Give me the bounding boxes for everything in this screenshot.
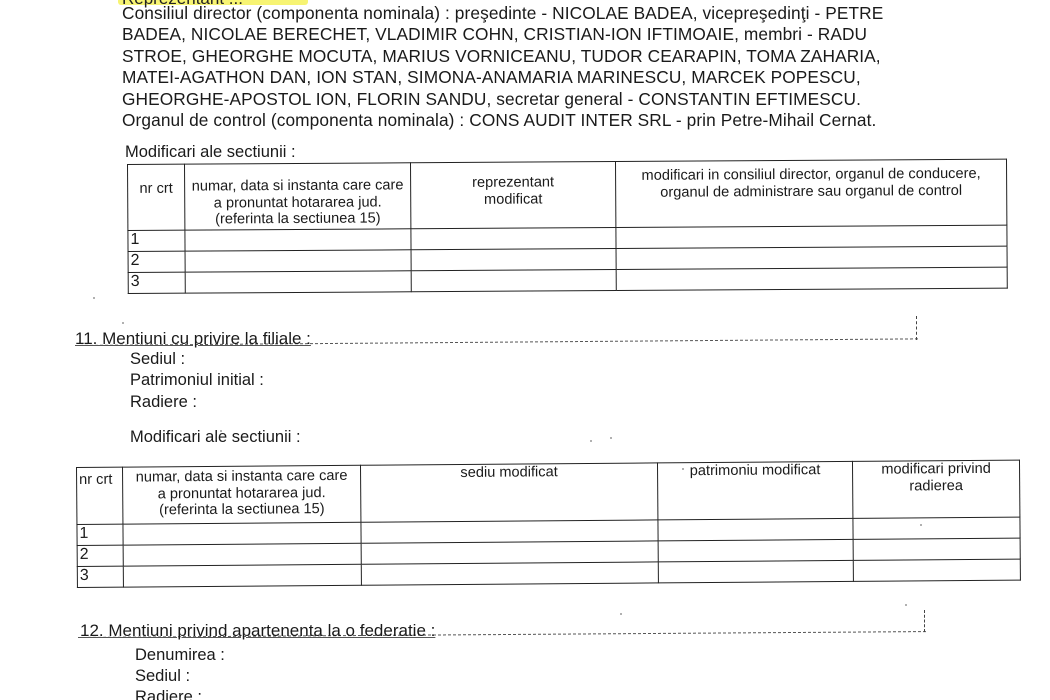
scan-speck [905,604,907,606]
section-12-heading: 12. Mentiuni privind apartenenta la o fe… [80,621,435,641]
column-header-modified-seat: sediu modificat [360,463,657,522]
table-cell[interactable] [853,559,1020,581]
table-cell[interactable] [411,270,616,292]
control-body-line: Organul de control (componenta nominala)… [122,110,922,131]
branch-modifications-table: nr crt numar, data si instanta care care… [76,460,1021,588]
table-cell[interactable] [616,246,1007,269]
column-header-nr-crt: nr crt [77,467,123,524]
table-cell[interactable] [853,517,1020,539]
column-header-modified-representative: reprezentant modificat [410,162,615,229]
table-header-row: nr crt numar, data si instanta care care… [128,159,1007,230]
scan-speck [920,524,922,526]
council-paragraph: Consiliul director (componenta nominala)… [122,3,922,131]
paragraph-line: BADEA, NICOLAE BERECHET, VLADIMIR COHN, … [122,24,922,45]
table-cell[interactable] [361,562,658,585]
table-cell[interactable] [658,560,853,583]
field-label-sediul: Sediul : [130,350,185,369]
paragraph-line: GHEORGHE-APOSTOL ION, FLORIN SANDU, secr… [122,89,922,110]
table-cell[interactable] [361,541,658,564]
table-header-row: nr crt numar, data si instanta care care… [77,460,1020,524]
column-header-council-modifications: modificari in consiliul director, organu… [615,159,1006,227]
scan-speck [610,437,612,439]
modifications-label: Modificari ale sectiunii : [130,428,301,447]
scan-speck [620,613,622,615]
scan-speck [93,297,95,299]
row-number: 2 [128,251,185,272]
row-number: 3 [77,566,123,587]
separator-corner [916,316,917,340]
paragraph-line: STROE, GHEORGHE MOCUTA, MARIUS VORNICEAN… [122,46,922,67]
row-number: 3 [128,272,185,293]
column-header-modified-patrimony: patrimoniu modificat [657,461,852,520]
scan-speck [590,440,592,442]
table-cell[interactable] [853,538,1020,560]
row-number: 2 [77,545,123,566]
table-cell[interactable] [185,250,411,272]
table-cell[interactable] [185,229,411,251]
separator-corner [924,610,925,632]
paragraph-line: Consiliul director (componenta nominala)… [122,3,922,24]
scanned-document-page: Reprezentant ... Consiliul director (com… [0,0,1050,700]
scan-speck [682,468,684,470]
table-cell[interactable] [123,543,361,566]
scan-speck [122,322,124,324]
table-cell[interactable] [658,518,853,541]
table-cell[interactable] [411,228,616,250]
column-header-nr-crt: nr crt [128,164,185,230]
table-cell[interactable] [361,520,658,543]
representative-modifications-table: nr crt numar, data si instanta care care… [127,159,1008,294]
table-cell[interactable] [411,249,616,271]
table-cell[interactable] [123,522,361,545]
table-row: 3 [128,267,1007,293]
modifications-label: Modificari ale sectiunii : [125,143,296,162]
table-cell[interactable] [123,564,361,587]
table-cell[interactable] [616,225,1007,248]
row-number: 1 [77,524,123,545]
table-cell[interactable] [616,267,1007,290]
row-number: 1 [128,230,185,251]
field-label-denumirea: Denumirea : [135,646,225,665]
column-header-deregistration-modifications: modificari privind radierea [852,460,1019,518]
table-cell[interactable] [658,539,853,562]
field-label-radiere: Radiere : [130,393,197,412]
table-cell[interactable] [185,271,411,293]
column-header-court-decision: numar, data si instanta care care a pron… [123,465,361,524]
field-label-radiere: Radiere : [135,688,202,700]
column-header-court-decision: numar, data si instanta care care a pron… [185,163,411,230]
field-label-patrimoniul-initial: Patrimoniul initial : [130,371,264,390]
field-label-sediul: Sediul : [135,667,190,686]
section-11-heading: 11. Mentiuni cu privire la filiale : [75,329,311,349]
scan-speck [220,430,222,432]
paragraph-line: MATEI-AGATHON DAN, ION STAN, SIMONA-ANAM… [122,67,922,88]
